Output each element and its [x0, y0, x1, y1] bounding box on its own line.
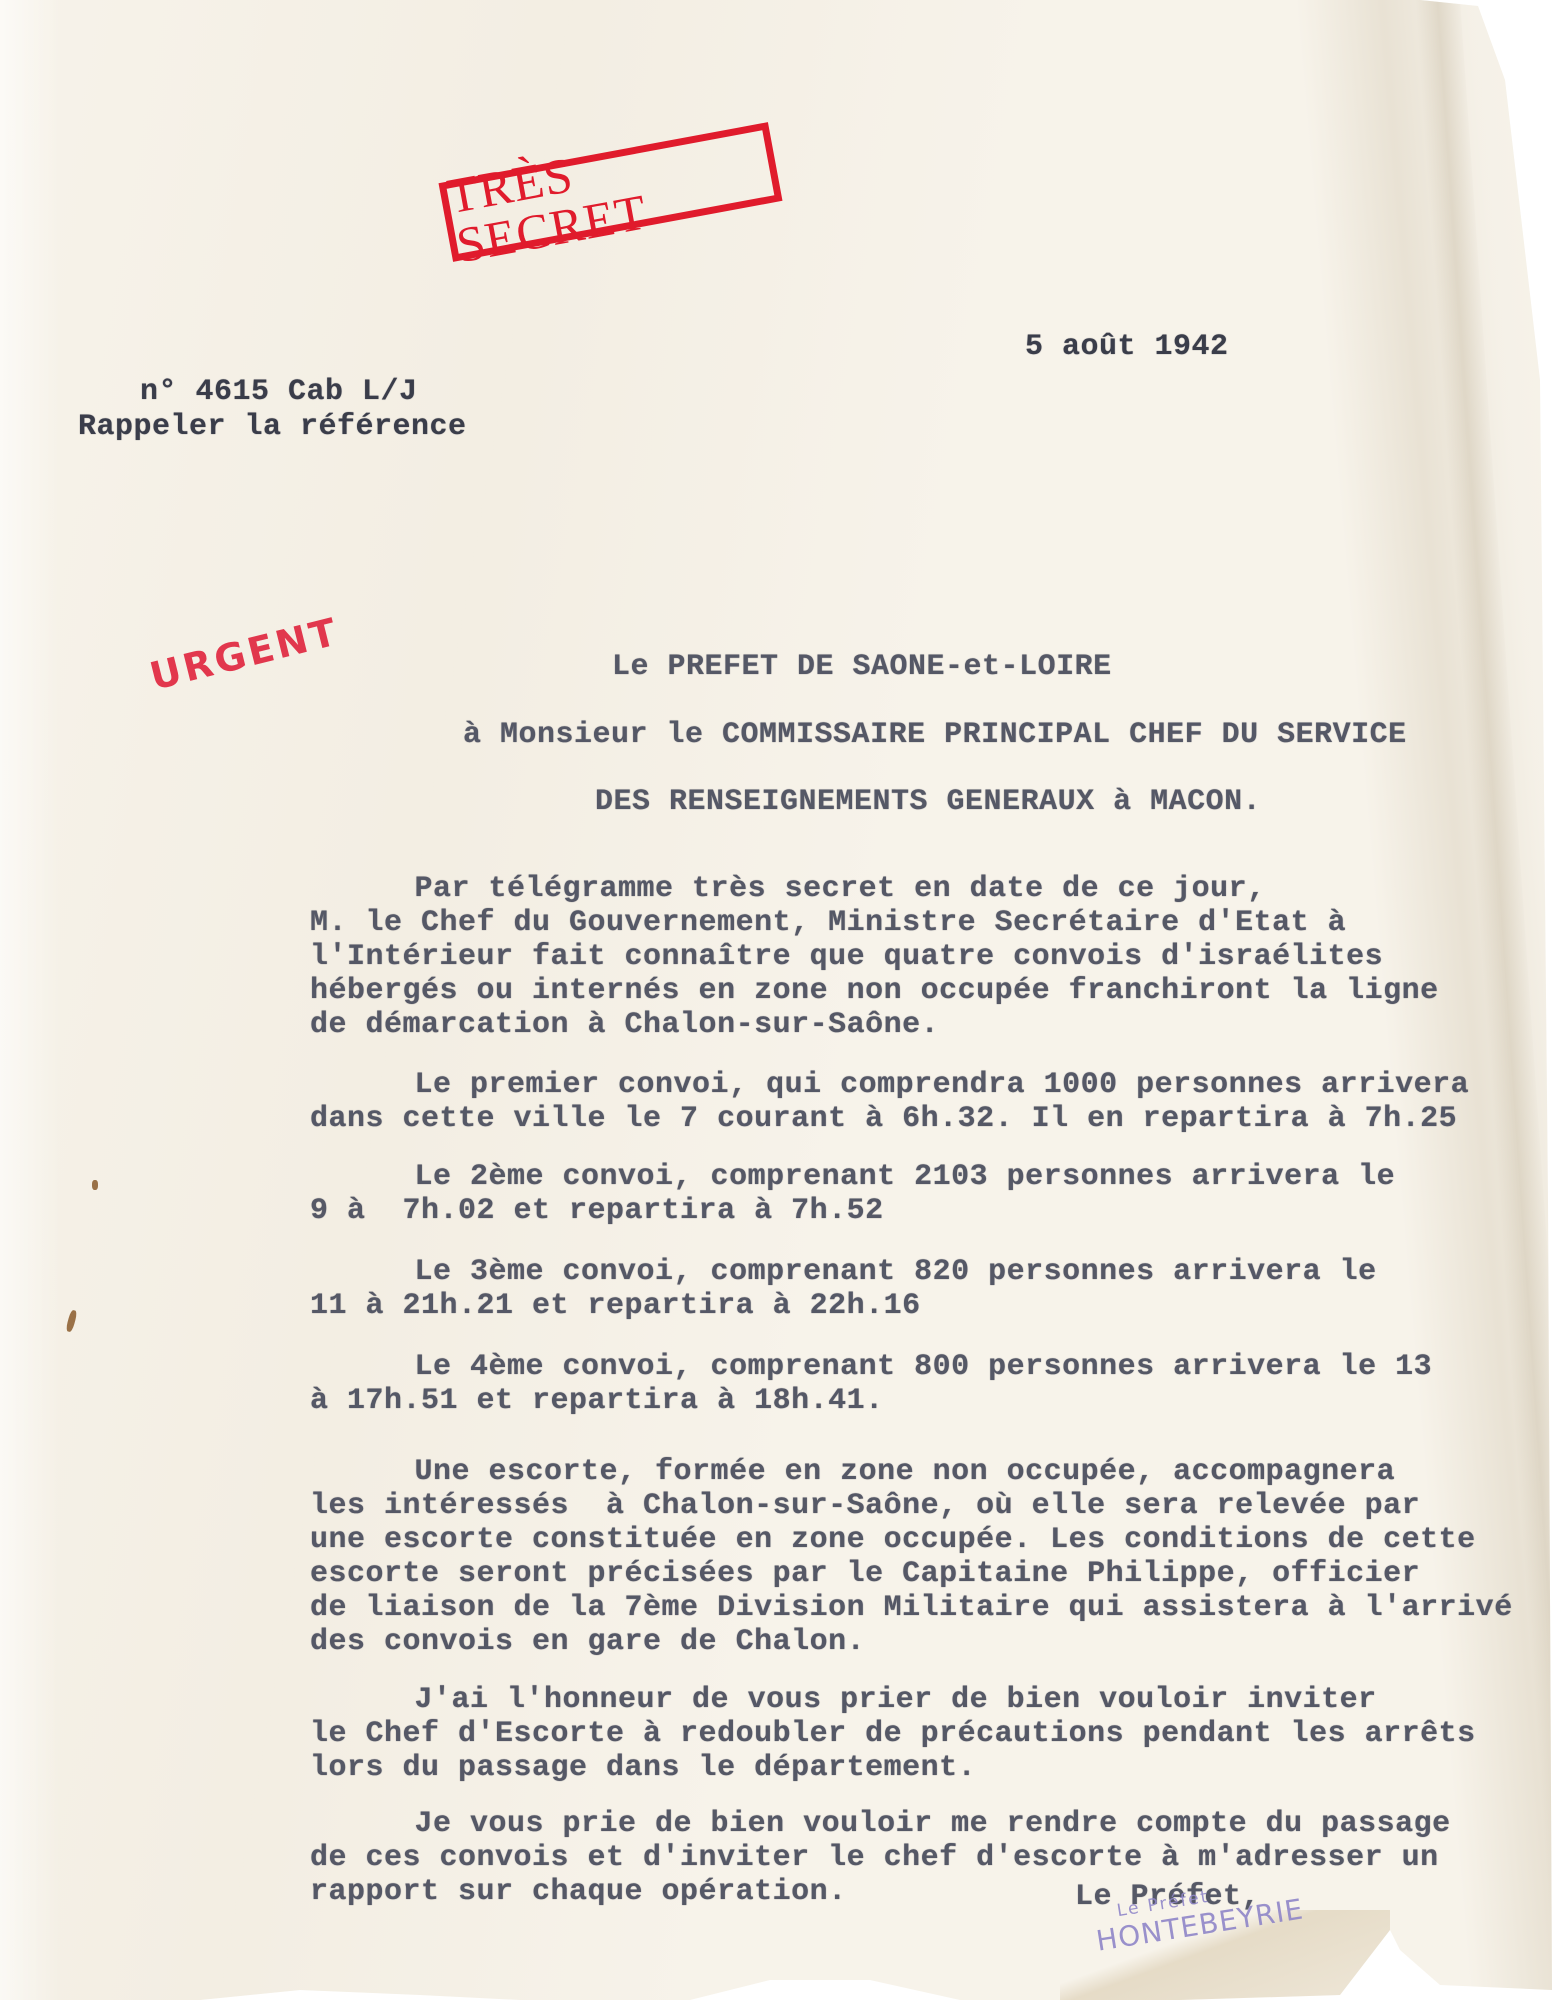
body-line: les intéressés à Chalon-sur-Saône, où el…: [310, 1489, 1420, 1523]
paper-left-fold: [0, 0, 60, 2000]
body-line: rapport sur chaque opération.: [310, 1875, 847, 1909]
paper-sheet: TRÈS SECRET 5 août 1942 n° 4615 Cab L/J …: [0, 0, 1555, 2000]
body-line: de ces convois et d'inviter le chef d'es…: [310, 1841, 1439, 1875]
body-line: 9 à 7h.02 et repartira à 7h.52: [310, 1194, 884, 1228]
body-line: des convois en gare de Chalon.: [310, 1625, 865, 1659]
recipient-line-2: DES RENSEIGNEMENTS GENERAUX à MACON.: [595, 785, 1261, 819]
body-line: Le premier convoi, qui comprendra 1000 p…: [322, 1068, 1469, 1102]
reference-instruction: Rappeler la référence: [78, 410, 467, 444]
body-line: l'Intérieur fait connaître que quatre co…: [310, 940, 1383, 974]
body-line: Le 4ème convoi, comprenant 800 personnes…: [322, 1350, 1432, 1384]
body-line: escorte seront précisées par le Capitain…: [310, 1557, 1420, 1591]
paper-stain: [92, 1180, 98, 1190]
body-line: hébergés ou internés en zone non occupée…: [310, 974, 1439, 1008]
body-line: de démarcation à Chalon-sur-Saône.: [310, 1008, 939, 1042]
body-line: Je vous prie de bien vouloir me rendre c…: [322, 1807, 1451, 1841]
body-line: à 17h.51 et repartira à 18h.41.: [310, 1384, 884, 1418]
reference-number: n° 4615 Cab L/J: [140, 375, 418, 409]
body-line: Le 3ème convoi, comprenant 820 personnes…: [322, 1255, 1377, 1289]
body-line: de liaison de la 7ème Division Militaire…: [310, 1591, 1513, 1625]
body-line: Par télégramme très secret en date de ce…: [322, 872, 1266, 906]
body-line: une escorte constituée en zone occupée. …: [310, 1523, 1476, 1557]
body-line: le Chef d'Escorte à redoubler de précaut…: [310, 1717, 1476, 1751]
body-line: Une escorte, formée en zone non occupée,…: [322, 1455, 1395, 1489]
sender-line: Le PREFET DE SAONE-et-LOIRE: [612, 650, 1112, 684]
body-line: J'ai l'honneur de vous prier de bien vou…: [322, 1683, 1377, 1717]
paper-stain: [65, 1309, 77, 1332]
body-line: Le 2ème convoi, comprenant 2103 personne…: [322, 1160, 1395, 1194]
body-line: 11 à 21h.21 et repartira à 22h.16: [310, 1289, 921, 1323]
body-line: dans cette ville le 7 courant à 6h.32. I…: [310, 1102, 1457, 1136]
tres-secret-stamp: TRÈS SECRET: [439, 122, 783, 262]
body-line: lors du passage dans le département.: [310, 1751, 976, 1785]
document-date: 5 août 1942: [1025, 330, 1229, 364]
recipient-line-1: à Monsieur le COMMISSAIRE PRINCIPAL CHEF…: [463, 718, 1407, 752]
classification-stamp-text: TRÈS SECRET: [444, 114, 778, 271]
body-line: M. le Chef du Gouvernement, Ministre Sec…: [310, 906, 1346, 940]
urgent-stamp: URGENT: [146, 609, 344, 698]
